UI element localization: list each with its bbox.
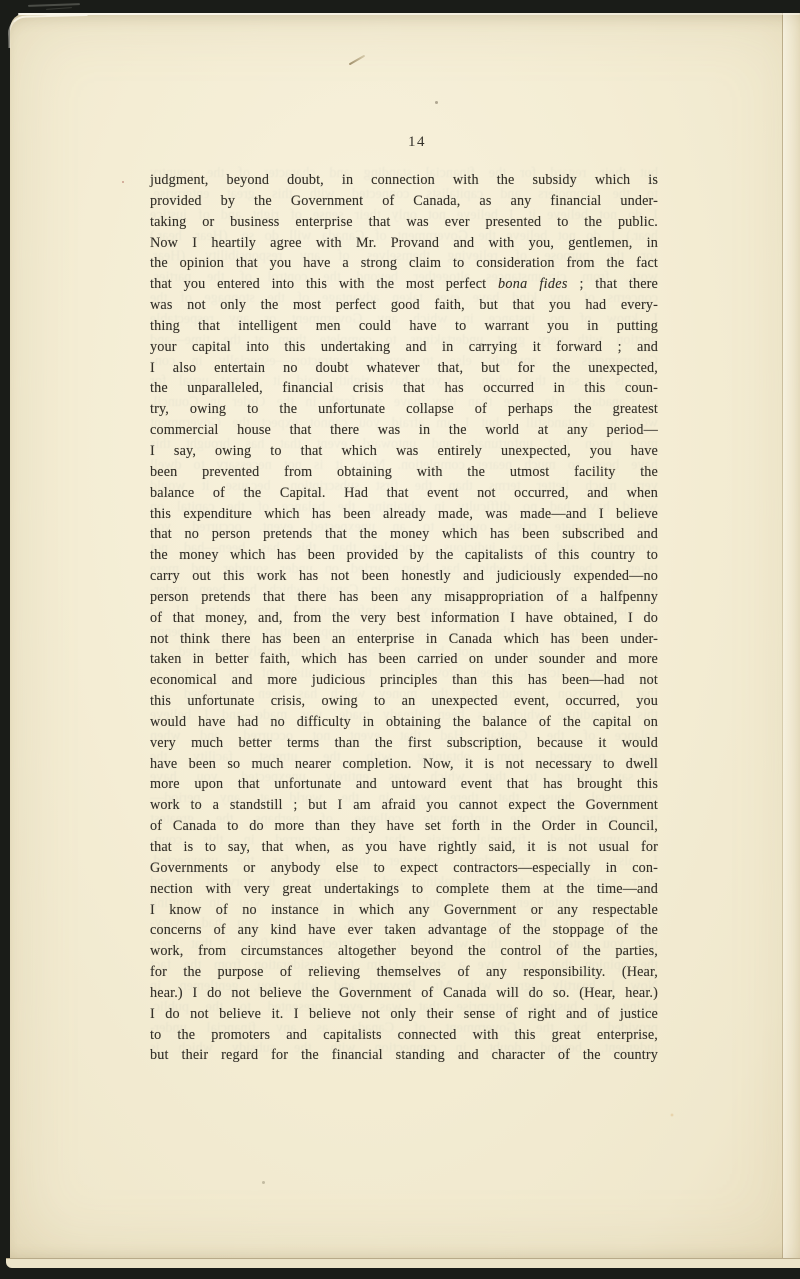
text-line: nection with very great undertakings to … [150, 879, 658, 900]
text-line: judgment, beyond doubt, in connection wi… [150, 170, 658, 191]
text-line: this unfortunate crisis, owing to an une… [150, 691, 658, 712]
text-line: have been so much nearer completion. Now… [150, 754, 658, 775]
page-stack-bottom-edge [6, 1258, 800, 1268]
text-line: Now I heartily agree with Mr. Provand an… [150, 233, 658, 254]
text-line: work, from circumstances altogether beyo… [150, 941, 658, 962]
text-line: that no person pretends that the money w… [150, 524, 658, 545]
paper-speck [262, 1181, 265, 1184]
book-page: but their regard for the financial stand… [10, 13, 800, 1258]
page-edge-line [782, 13, 783, 1258]
text-line: very much better terms than the first su… [150, 733, 658, 754]
text-line: the opinion that you have a strong claim… [150, 253, 658, 274]
text-line: commercial house that there was in the w… [150, 420, 658, 441]
page-number: 14 [150, 134, 658, 151]
text-line: your capital into this undertaking and i… [150, 337, 658, 358]
text-line: work to a standstill ; but I am afraid y… [150, 795, 658, 816]
body-text: judgment, beyond doubt, in connection wi… [150, 170, 658, 1066]
text-line: the money which has been provided by the… [150, 545, 658, 566]
text-line: try, owing to the unfortunate collapse o… [150, 399, 658, 420]
text-line: the unparalleled, financial crisis that … [150, 378, 658, 399]
text-line: that is to say, that when, as you have r… [150, 837, 658, 858]
text-line: not think there has been an enterprise i… [150, 629, 658, 650]
text-line: balance of the Capital. Had that event n… [150, 483, 658, 504]
text-line: would have had no difficulty in obtainin… [150, 712, 658, 733]
text-line: I also entertain no doubt whatever that,… [150, 358, 658, 379]
text-line: hear.) I do not believe the Government o… [150, 983, 658, 1004]
text-line: taking or business enterprise that was e… [150, 212, 658, 233]
text-line: economical and more judicious principles… [150, 670, 658, 691]
text-line: but their regard for the financial stand… [150, 1045, 658, 1066]
text-line: I say, owing to that which was entirely … [150, 441, 658, 462]
pencil-mark [349, 55, 366, 66]
text-line: concerns of any kind have ever taken adv… [150, 920, 658, 941]
text-line: I do not believe it. I believe not only … [150, 1004, 658, 1025]
next-page-edge-strip [783, 13, 800, 1258]
scanner-scratch [46, 7, 72, 10]
text-line: taken in better faith, which has been ca… [150, 649, 658, 670]
text-line: I know of no instance in which any Gover… [150, 900, 658, 921]
text-line: that you entered into this with the most… [150, 274, 658, 295]
paper-speck [435, 101, 438, 104]
text-line: for the purpose of relieving themselves … [150, 962, 658, 983]
text-line: been prevented from obtaining with the u… [150, 462, 658, 483]
text-line: carry out this work has not been honestl… [150, 566, 658, 587]
text-line: this expenditure which has been already … [150, 504, 658, 525]
text-line: more upon that unfortunate and untoward … [150, 774, 658, 795]
text-line: to the promoters and capitalists connect… [150, 1025, 658, 1046]
text-line: person pretends that there has been any … [150, 587, 658, 608]
text-line: Governments or anybody else to expect co… [150, 858, 658, 879]
text-line: provided by the Government of Canada, as… [150, 191, 658, 212]
text-line: of that money, and, from the very best i… [150, 608, 658, 629]
text-line: was not only the most perfect good faith… [150, 295, 658, 316]
foxing-spot [670, 1113, 674, 1117]
text-line: of Canada to do more than they have set … [150, 816, 658, 837]
page-top-edge [18, 13, 800, 15]
text-line: thing that intelligent men could have to… [150, 316, 658, 337]
scanner-scratch [28, 3, 80, 7]
scanned-document: but their regard for the financial stand… [0, 0, 800, 1279]
paper-speck [122, 181, 124, 183]
page-corner-curl [8, 14, 89, 48]
